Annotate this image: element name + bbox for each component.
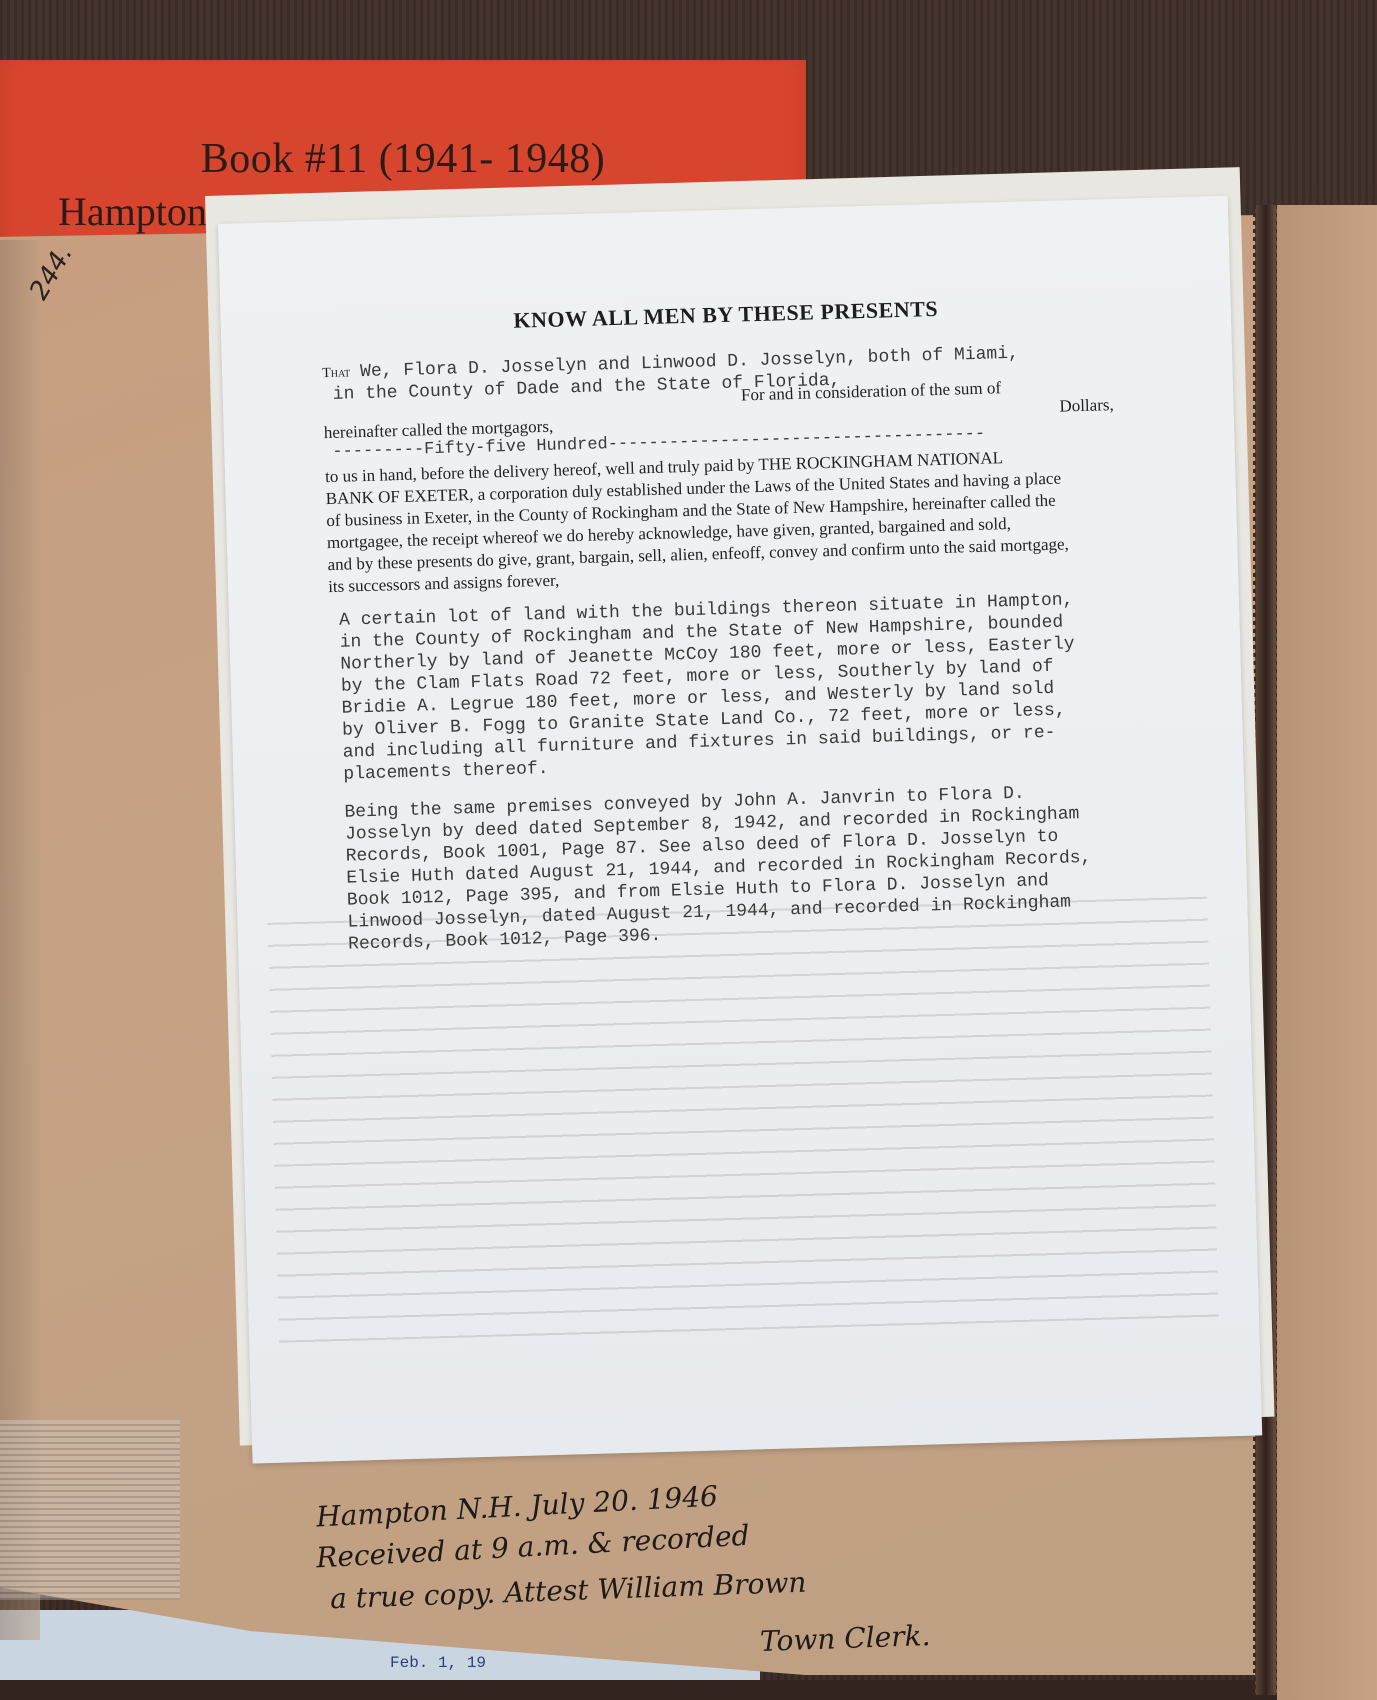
table-edge — [0, 1680, 1377, 1700]
facing-page — [1277, 205, 1377, 1700]
property-line: placements thereof. — [343, 759, 549, 785]
book-title: Book #11 (1941- 1948) — [0, 135, 806, 183]
that-label: That — [322, 365, 350, 381]
bleed-through-text — [268, 897, 1219, 1343]
boilerplate-line: its successors and assigns forever, — [328, 571, 560, 597]
dollars-label: Dollars, — [1059, 395, 1114, 417]
underlying-sheet-text: Feb. 1, 19 — [390, 1654, 486, 1672]
mortgage-document: KNOW ALL MEN BY THESE PRESENTS That We, … — [218, 196, 1262, 1464]
document-heading: KNOW ALL MEN BY THESE PRESENTS — [221, 288, 1231, 342]
handwritten-signature-title: Town Clerk. — [759, 1619, 931, 1658]
page-stack — [0, 1420, 180, 1600]
